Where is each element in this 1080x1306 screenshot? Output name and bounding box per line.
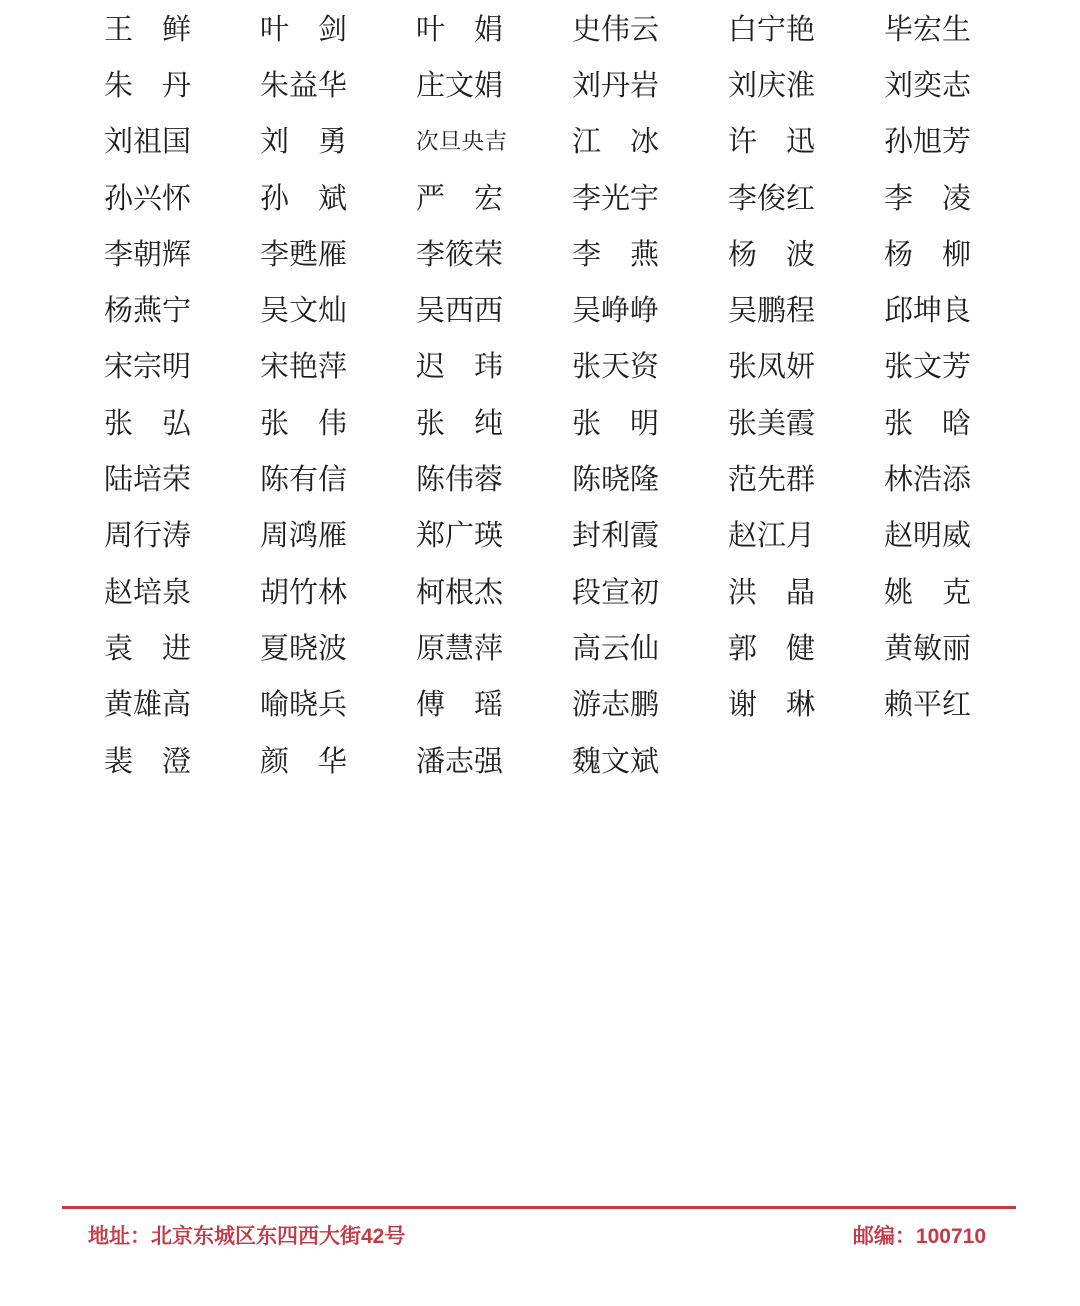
name-cell: 赵培泉: [104, 565, 260, 621]
person-name: 张文芳: [884, 353, 971, 382]
person-name: 范先群: [728, 466, 815, 495]
name-cell: 郑广瑛: [416, 509, 572, 565]
person-name: 吴峥峥: [572, 297, 659, 326]
name-cell: 孙兴怀: [104, 171, 260, 227]
name-cell: 赖平红: [884, 678, 1040, 734]
name-cell: 孙斌: [260, 171, 416, 227]
name-cell: 胡竹林: [260, 565, 416, 621]
person-name: 原慧萍: [416, 635, 503, 664]
person-name: 潘志强: [416, 748, 503, 777]
person-name: 孙斌: [260, 185, 347, 214]
name-cell: 张伟: [260, 396, 416, 452]
name-cell: 游志鹏: [572, 678, 728, 734]
name-cell: 刘庆淮: [728, 58, 884, 114]
person-name: 张晗: [884, 410, 971, 439]
person-name: 张美霞: [728, 410, 815, 439]
name-cell: 迟玮: [416, 340, 572, 396]
name-cell: 谢琳: [728, 678, 884, 734]
person-name: 李光宇: [572, 185, 659, 214]
person-name: 段宣初: [572, 579, 659, 608]
name-cell: 赵明威: [884, 509, 1040, 565]
name-cell: 严宏: [416, 171, 572, 227]
name-cell: 陈有信: [260, 452, 416, 508]
person-name: 庄文娟: [416, 72, 503, 101]
person-name: 杨柳: [884, 241, 971, 270]
name-cell: 段宣初: [572, 565, 728, 621]
name-cell: 孙旭芳: [884, 115, 1040, 171]
person-name: 李凌: [884, 185, 971, 214]
empty-cell: [884, 734, 1040, 790]
name-cell: 张文芳: [884, 340, 1040, 396]
name-cell: 吴文灿: [260, 283, 416, 339]
person-name: 刘庆淮: [728, 72, 815, 101]
name-cell: 封利霞: [572, 509, 728, 565]
name-cell: 叶剑: [260, 2, 416, 58]
name-cell: 颜华: [260, 734, 416, 790]
empty-cell: [728, 734, 884, 790]
person-name: 赵江月: [728, 522, 815, 551]
person-name: 胡竹林: [260, 579, 347, 608]
person-name: 张伟: [260, 410, 347, 439]
name-cell: 姚克: [884, 565, 1040, 621]
person-name: 陈伟蓉: [416, 466, 503, 495]
name-cell: 傅瑶: [416, 678, 572, 734]
person-name: 史伟云: [572, 16, 659, 45]
person-name: 许迅: [728, 128, 815, 157]
person-name: 柯根杰: [416, 579, 503, 608]
person-name: 刘丹岩: [572, 72, 659, 101]
name-cell: 李燕: [572, 227, 728, 283]
name-cell: 朱丹: [104, 58, 260, 114]
name-cell: 张美霞: [728, 396, 884, 452]
name-cell: 黄雄高: [104, 678, 260, 734]
person-name: 孙兴怀: [104, 185, 191, 214]
person-name: 喻晓兵: [260, 691, 347, 720]
name-cell: 洪晶: [728, 565, 884, 621]
name-cell: 张天资: [572, 340, 728, 396]
person-name: 严宏: [416, 185, 503, 214]
name-cell: 喻晓兵: [260, 678, 416, 734]
person-name: 刘勇: [260, 128, 347, 157]
person-name: 封利霞: [572, 522, 659, 551]
person-name: 吴鹏程: [728, 297, 815, 326]
name-cell: 吴鹏程: [728, 283, 884, 339]
name-cell: 魏文斌: [572, 734, 728, 790]
person-name: 吴文灿: [260, 297, 347, 326]
name-cell: 吴峥峥: [572, 283, 728, 339]
person-name: 夏晓波: [260, 635, 347, 664]
names-grid: 王鲜叶剑叶娟史伟云白宁艳毕宏生朱丹朱益华庄文娟刘丹岩刘庆淮刘奕志刘祖国刘勇次旦央…: [104, 2, 1040, 790]
name-cell: 柯根杰: [416, 565, 572, 621]
document-page: 王鲜叶剑叶娟史伟云白宁艳毕宏生朱丹朱益华庄文娟刘丹岩刘庆淮刘奕志刘祖国刘勇次旦央…: [0, 0, 1080, 1306]
person-name: 张弘: [104, 410, 191, 439]
name-cell: 刘丹岩: [572, 58, 728, 114]
name-cell: 原慧萍: [416, 621, 572, 677]
person-name: 李燕: [572, 241, 659, 270]
person-name: 刘奕志: [884, 72, 971, 101]
name-cell: 林浩添: [884, 452, 1040, 508]
person-name: 裴澄: [104, 748, 191, 777]
person-name: 邱坤良: [884, 297, 971, 326]
person-name: 王鲜: [104, 16, 191, 45]
name-cell: 夏晓波: [260, 621, 416, 677]
person-name: 江冰: [572, 128, 659, 157]
person-name: 叶娟: [416, 16, 503, 45]
name-cell: 刘祖国: [104, 115, 260, 171]
name-cell: 范先群: [728, 452, 884, 508]
name-cell: 李俊红: [728, 171, 884, 227]
name-cell: 王鲜: [104, 2, 260, 58]
person-name: 迟玮: [416, 353, 503, 382]
name-cell: 周鸿雁: [260, 509, 416, 565]
person-name: 陈有信: [260, 466, 347, 495]
person-name: 姚克: [884, 579, 971, 608]
name-cell: 高云仙: [572, 621, 728, 677]
person-name: 张纯: [416, 410, 503, 439]
person-name: 黄雄高: [104, 691, 191, 720]
name-cell: 宋宗明: [104, 340, 260, 396]
name-cell: 李光宇: [572, 171, 728, 227]
person-name: 刘祖国: [104, 128, 191, 157]
name-cell: 江冰: [572, 115, 728, 171]
person-name: 傅瑶: [416, 691, 503, 720]
name-cell: 赵江月: [728, 509, 884, 565]
postal-code-text: 邮编：100710: [853, 1220, 986, 1250]
person-name: 郭健: [728, 635, 815, 664]
name-cell: 朱益华: [260, 58, 416, 114]
address-text: 地址：北京东城区东四西大街42号: [88, 1220, 405, 1250]
person-name: 洪晶: [728, 579, 815, 608]
name-cell: 庄文娟: [416, 58, 572, 114]
name-cell: 刘奕志: [884, 58, 1040, 114]
person-name: 赵培泉: [104, 579, 191, 608]
person-name: 袁进: [104, 635, 191, 664]
name-cell: 李甦雁: [260, 227, 416, 283]
person-name: 周行涛: [104, 522, 191, 551]
person-name: 游志鹏: [572, 691, 659, 720]
person-name: 李朝辉: [104, 241, 191, 270]
person-name: 张天资: [572, 353, 659, 382]
name-cell: 张明: [572, 396, 728, 452]
person-name: 张凤妍: [728, 353, 815, 382]
name-cell: 周行涛: [104, 509, 260, 565]
person-name: 孙旭芳: [884, 128, 971, 157]
footer-row: 地址：北京东城区东四西大街42号 邮编：100710: [62, 1209, 1016, 1250]
name-cell: 郭健: [728, 621, 884, 677]
person-name: 李俊红: [728, 185, 815, 214]
name-cell: 李筱荣: [416, 227, 572, 283]
name-cell: 陆培荣: [104, 452, 260, 508]
person-name: 宋宗明: [104, 353, 191, 382]
name-cell: 杨燕宁: [104, 283, 260, 339]
person-name: 谢琳: [728, 691, 815, 720]
name-cell: 陈伟蓉: [416, 452, 572, 508]
name-cell: 潘志强: [416, 734, 572, 790]
name-cell: 宋艳萍: [260, 340, 416, 396]
name-cell: 张弘: [104, 396, 260, 452]
person-name: 林浩添: [884, 466, 971, 495]
person-name: 次旦央吉: [416, 131, 507, 154]
person-name: 赵明威: [884, 522, 971, 551]
name-cell: 李凌: [884, 171, 1040, 227]
person-name: 杨燕宁: [104, 297, 191, 326]
person-name: 陆培荣: [104, 466, 191, 495]
name-cell: 陈晓隆: [572, 452, 728, 508]
person-name: 郑广瑛: [416, 522, 503, 551]
name-cell: 次旦央吉: [416, 115, 572, 171]
name-cell: 邱坤良: [884, 283, 1040, 339]
name-cell: 白宁艳: [728, 2, 884, 58]
person-name: 高云仙: [572, 635, 659, 664]
name-cell: 黄敏丽: [884, 621, 1040, 677]
name-cell: 张纯: [416, 396, 572, 452]
name-cell: 袁进: [104, 621, 260, 677]
person-name: 朱丹: [104, 72, 191, 101]
person-name: 李筱荣: [416, 241, 503, 270]
name-cell: 毕宏生: [884, 2, 1040, 58]
name-cell: 杨柳: [884, 227, 1040, 283]
person-name: 魏文斌: [572, 748, 659, 777]
person-name: 赖平红: [884, 691, 971, 720]
person-name: 周鸿雁: [260, 522, 347, 551]
person-name: 杨波: [728, 241, 815, 270]
name-cell: 裴澄: [104, 734, 260, 790]
person-name: 宋艳萍: [260, 353, 347, 382]
person-name: 叶剑: [260, 16, 347, 45]
page-footer: 地址：北京东城区东四西大街42号 邮编：100710: [62, 1206, 1016, 1250]
person-name: 朱益华: [260, 72, 347, 101]
person-name: 黄敏丽: [884, 635, 971, 664]
name-cell: 刘勇: [260, 115, 416, 171]
name-cell: 许迅: [728, 115, 884, 171]
name-cell: 张凤妍: [728, 340, 884, 396]
person-name: 李甦雁: [260, 241, 347, 270]
person-name: 张明: [572, 410, 659, 439]
person-name: 陈晓隆: [572, 466, 659, 495]
person-name: 吴西西: [416, 297, 503, 326]
name-cell: 张晗: [884, 396, 1040, 452]
name-cell: 李朝辉: [104, 227, 260, 283]
person-name: 颜华: [260, 748, 347, 777]
name-cell: 叶娟: [416, 2, 572, 58]
person-name: 白宁艳: [728, 16, 815, 45]
name-cell: 吴西西: [416, 283, 572, 339]
person-name: 毕宏生: [884, 16, 971, 45]
name-cell: 史伟云: [572, 2, 728, 58]
name-cell: 杨波: [728, 227, 884, 283]
